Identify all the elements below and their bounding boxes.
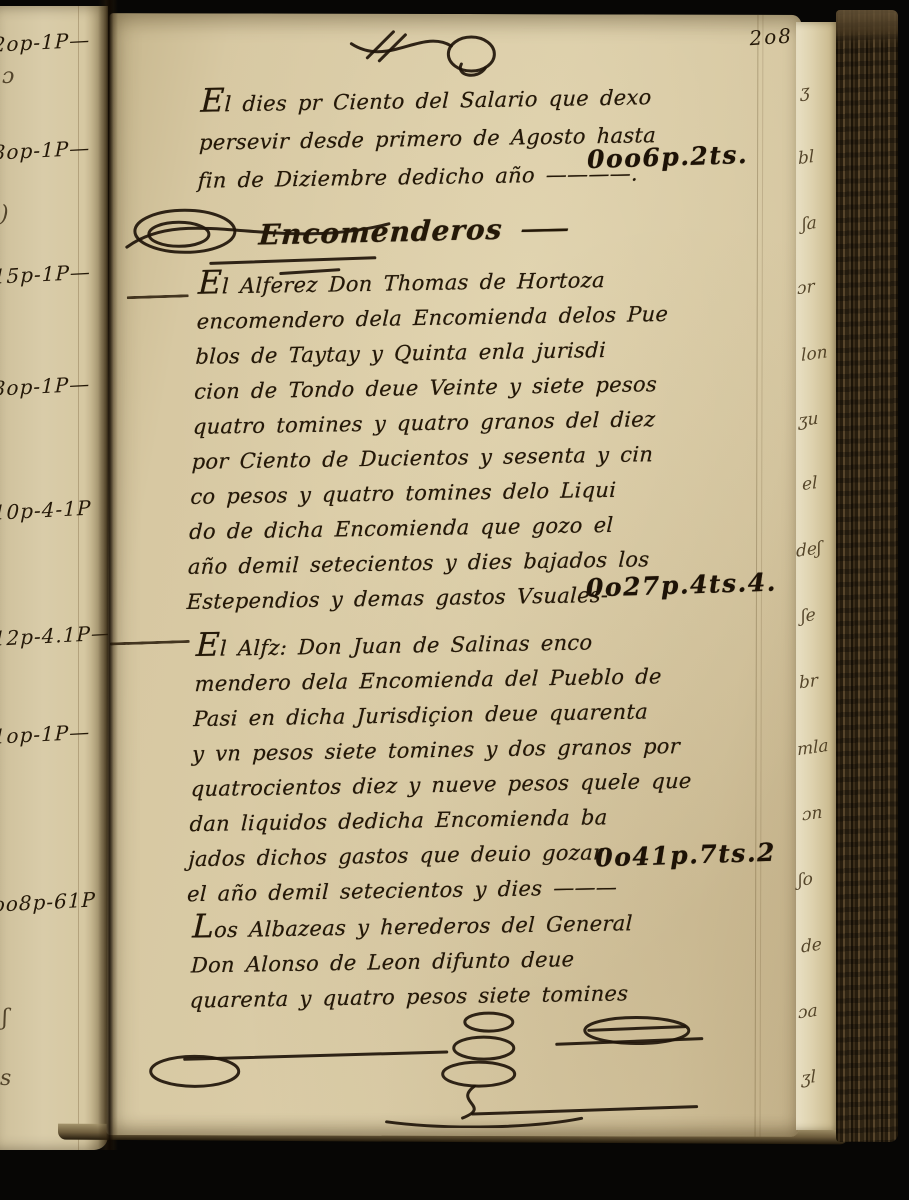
- invocation-mark: [333, 20, 523, 82]
- ink-fragment: ʃa: [802, 213, 817, 235]
- margin-ruling-line: [78, 6, 79, 1150]
- salary-paragraph: El dies pr Ciento del Salario que dexo p…: [197, 74, 658, 200]
- ink-fragment: s: [0, 1066, 11, 1091]
- ink-fragment: ɔa: [798, 1001, 818, 1024]
- entry-marker-dash: [110, 640, 190, 646]
- ink-fragment: ɔ: [2, 64, 14, 89]
- book-gutter-shadow: [98, 0, 118, 1150]
- folio-number: 2o8: [749, 23, 794, 50]
- ink-fragment: ɔn: [802, 803, 823, 826]
- ink-fragment: bl: [798, 147, 815, 169]
- ink-fragment: ʃe: [801, 605, 816, 627]
- ink-fragment: deʃ: [796, 538, 822, 562]
- previous-page-edge: 0o2op-1P— 0o3op-1P— 0o15p-1P— 0o3op-1P— …: [0, 6, 108, 1150]
- amount-entry-1: 0o27p.4ts.4.: [586, 568, 778, 603]
- ink-fragment: mla: [797, 736, 829, 761]
- entry-marker-dash: [127, 294, 189, 299]
- encomienda-entry: El Alferez Don Thomas de Hortoza encomen…: [186, 258, 670, 620]
- ink-fragment: ʃo: [798, 869, 813, 891]
- amount-salary: 0oo6p.2ts.: [587, 140, 749, 174]
- amount-entry-2: 0o41p.7ts.2: [595, 838, 777, 873]
- manuscript-photo: 0o2op-1P— 0o3op-1P— 0o15p-1P— 0o3op-1P— …: [0, 0, 909, 1200]
- rubric-flourish: [137, 1005, 737, 1129]
- manuscript-line: quarenta y quatro pesos siete tomines: [189, 976, 631, 1018]
- ink-fragment: ʒ: [800, 81, 810, 102]
- ink-fragment: de: [801, 934, 822, 957]
- ink-fragment: ʒl: [801, 1067, 817, 1089]
- ink-fragment: ʒu: [798, 409, 819, 432]
- ink-fragment: br: [799, 671, 819, 694]
- section-heading: Encomenderos ⸺: [258, 206, 569, 253]
- ink-fragment: ɔr: [797, 277, 815, 300]
- book-fore-edge-top: [836, 10, 898, 44]
- ink-fragment: lon: [801, 342, 828, 366]
- book-fore-edge: [836, 10, 898, 1142]
- encomienda-entry: Los Albazeas y herederos del General Don…: [189, 902, 633, 1018]
- ink-fragment: el: [802, 473, 818, 495]
- manuscript-page: 2o8 El dies pr Ciento del Salario que de…: [107, 13, 802, 1137]
- ink-fragment: ʃ: [2, 1006, 8, 1031]
- ink-fragment: ): [0, 202, 9, 227]
